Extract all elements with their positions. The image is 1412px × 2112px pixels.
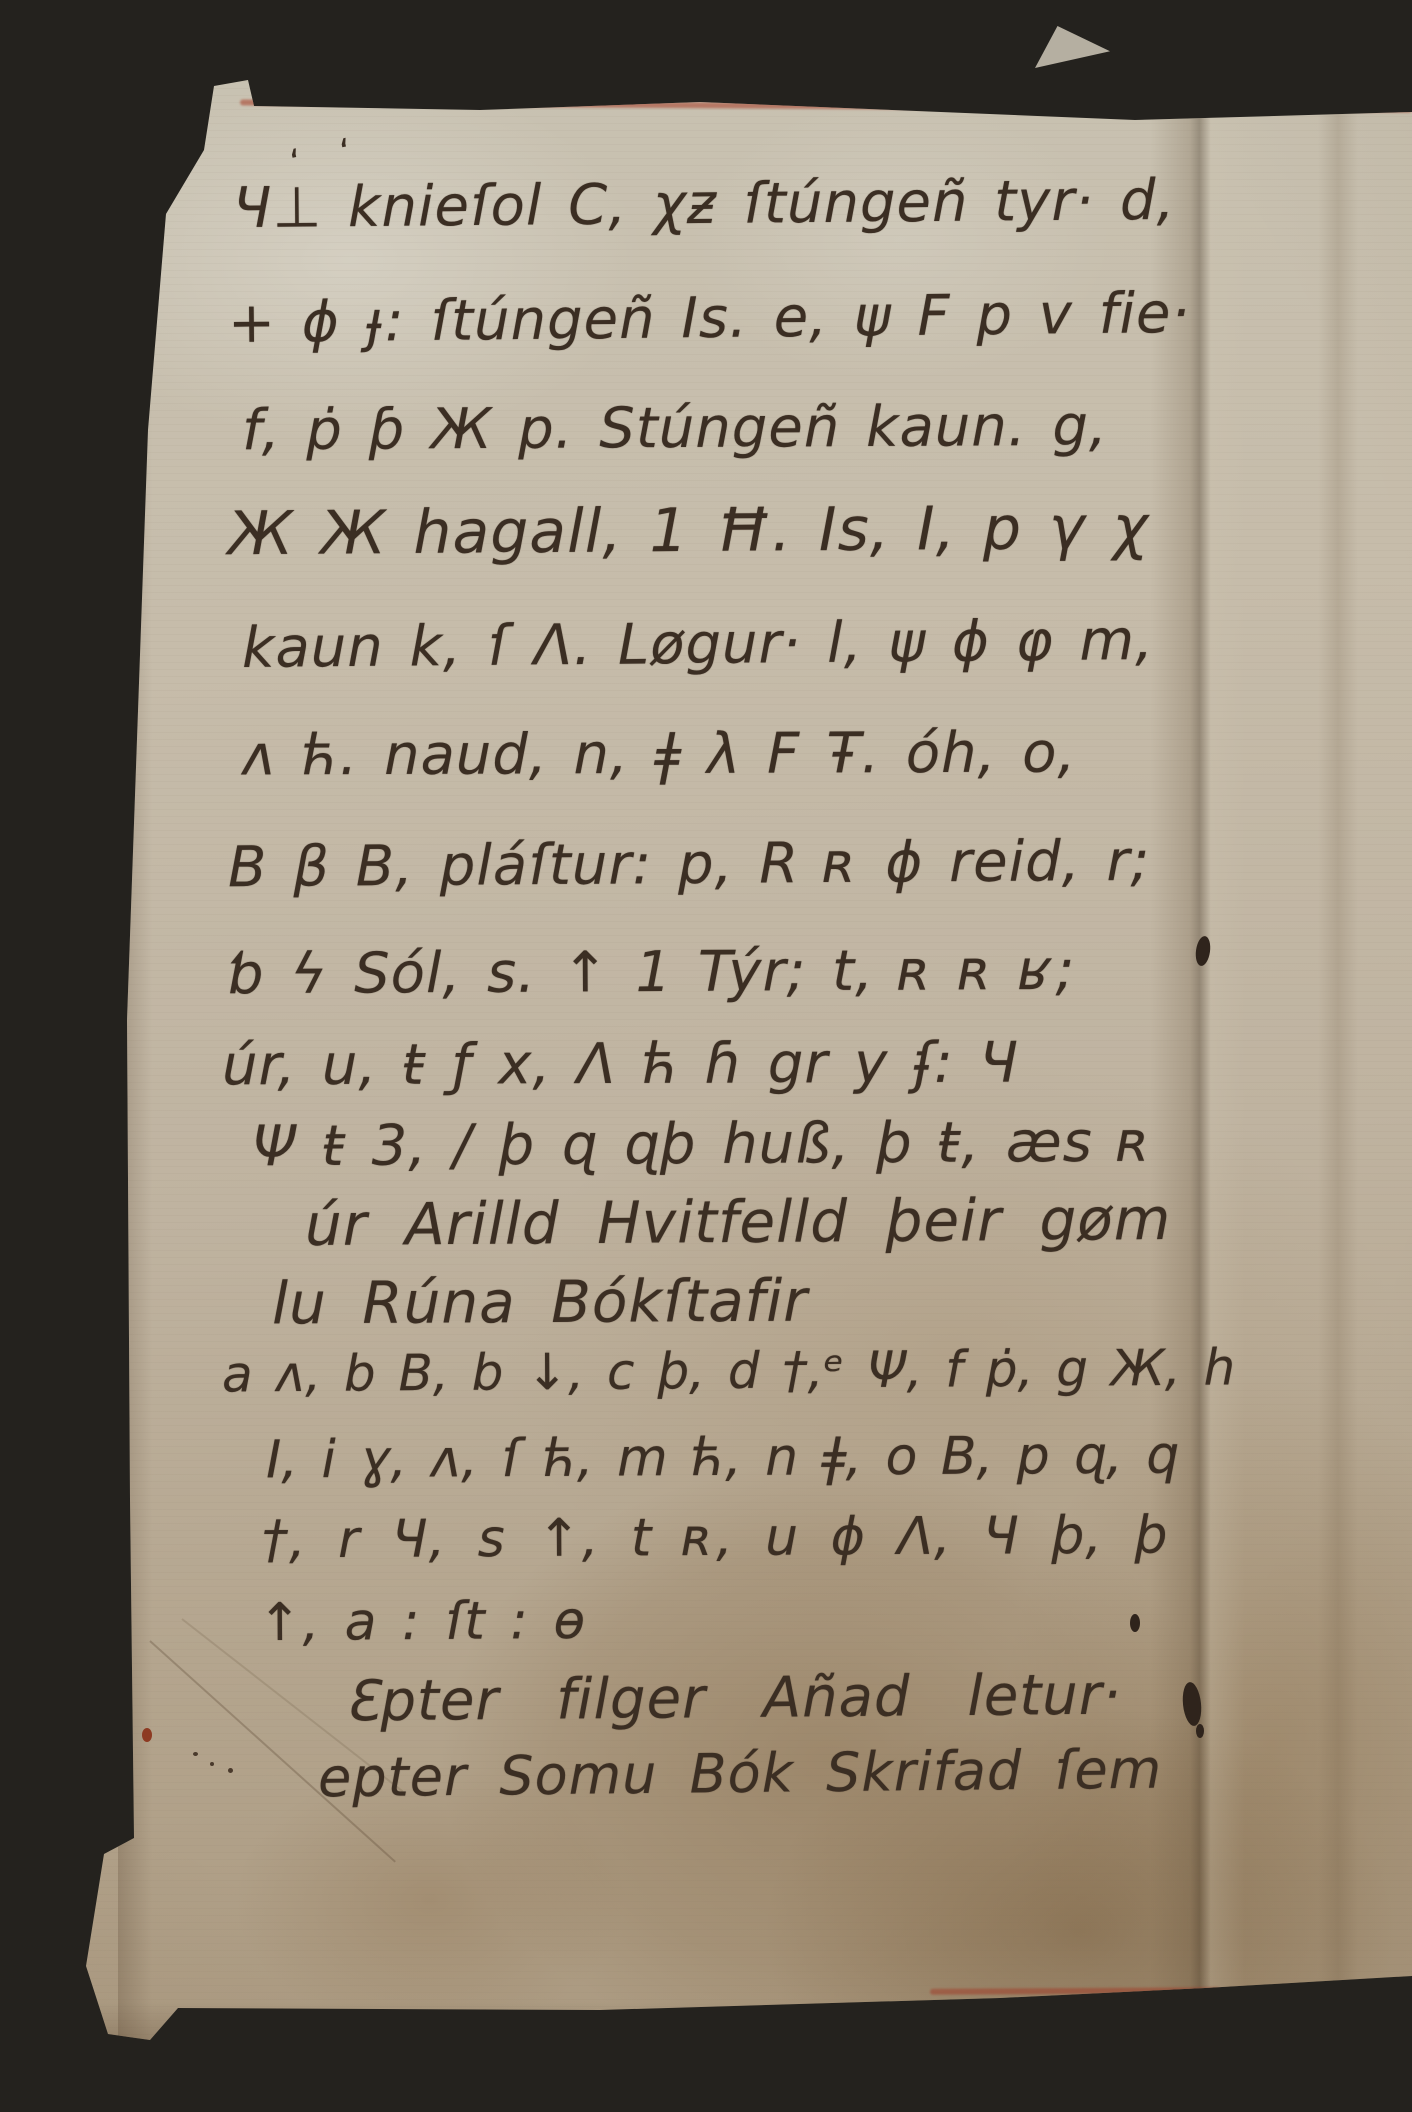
manuscript-line-18: epter Somu Bók Skrifad ſem bbox=[318, 1738, 1163, 1810]
manuscript-line-14: I, i ɣ, ʌ, ſ ћ, m ћ, n ǂ, o B, p ɋ, q bbox=[266, 1426, 1180, 1491]
red-painted-edge-bottom bbox=[930, 1987, 1220, 1995]
manuscript-page: ʻ ʻ Ч⊥ knieſol C, χƶ ſtúngeñ tyr· d, + ɸ… bbox=[0, 0, 1412, 2112]
manuscript-photo: ʻ ʻ Ч⊥ knieſol C, χƶ ſtúngeñ tyr· d, + ɸ… bbox=[0, 0, 1412, 2112]
manuscript-line-11: úr Arilld Hvitfelld þeir gøm bbox=[305, 1185, 1172, 1259]
manuscript-line-9: úr, u, ŧ ƒ x, Λ ћ ɦ gr y ʄ: Ч bbox=[222, 1031, 1019, 1099]
manuscript-line-6: ʌ ћ. naud, n, ǂ λ Ϝ Ŧ. óh, o, bbox=[242, 721, 1077, 789]
manuscript-line-17: Ɛpter filger Añad letur· bbox=[345, 1663, 1122, 1735]
manuscript-line-10: Ψ ŧ 3, / þ ɋ ɋþ huß, þ ŧ, æs ʀ bbox=[252, 1110, 1154, 1180]
red-pigment-dot bbox=[142, 1728, 152, 1742]
manuscript-line-12: lu Rúna Bókſtafir bbox=[272, 1267, 808, 1338]
manuscript-line-15: †, r Ч, s ↑, t ʀ, u ɸ Λ, Ч þ, þ bbox=[262, 1506, 1169, 1571]
ink-speck bbox=[228, 1768, 233, 1773]
adjacent-leaf-corner bbox=[1035, 26, 1110, 68]
manuscript-line-3: f, ṗ ƥ Ж p. Stúngeñ kaun. g, bbox=[242, 394, 1108, 464]
manuscript-line-7: B β B, pláſtur: p, R ʀ ϕ reid, r; bbox=[228, 829, 1151, 900]
ink-speck bbox=[210, 1762, 214, 1766]
page-crease-faint bbox=[1318, 0, 1358, 2112]
page-bottom-edge-shadow bbox=[0, 2002, 1412, 2042]
manuscript-line-2: + ɸ ɟ: ſtúngeñ Is. e, ψ Ϝ p v fie· bbox=[228, 281, 1191, 356]
manuscript-line-5: kaun k, ſ Λ. Løgur· l, ψ ɸ φ m, bbox=[242, 608, 1154, 681]
manuscript-line-13: a ʌ, b B, b ↓, c þ, d †,ᵉ Ψ, f ṗ, g Ж, h bbox=[222, 1338, 1236, 1403]
manuscript-line-16: ↑, a : ſt : ɵ bbox=[258, 1591, 587, 1653]
page-left-edge-shadow bbox=[118, 0, 152, 2112]
red-painted-edge-top bbox=[240, 99, 1412, 112]
pen-trial-mark bbox=[1130, 1614, 1140, 1632]
ink-blot bbox=[1196, 1724, 1204, 1738]
ink-speck bbox=[193, 1752, 198, 1756]
manuscript-line-1: Ч⊥ knieſol C, χƶ ſtúngeñ tyr· d, bbox=[233, 168, 1176, 241]
manuscript-line-4: Ж Ж hagall, 1 Ħ. Is, I, p γ χ bbox=[228, 493, 1150, 569]
page-top-edge-shadow bbox=[0, 0, 1412, 34]
manuscript-line-8: ƅ ϟ Sól, s. ↑ 1 Týr; t, ʀ ʀ ʁ; bbox=[228, 938, 1076, 1007]
